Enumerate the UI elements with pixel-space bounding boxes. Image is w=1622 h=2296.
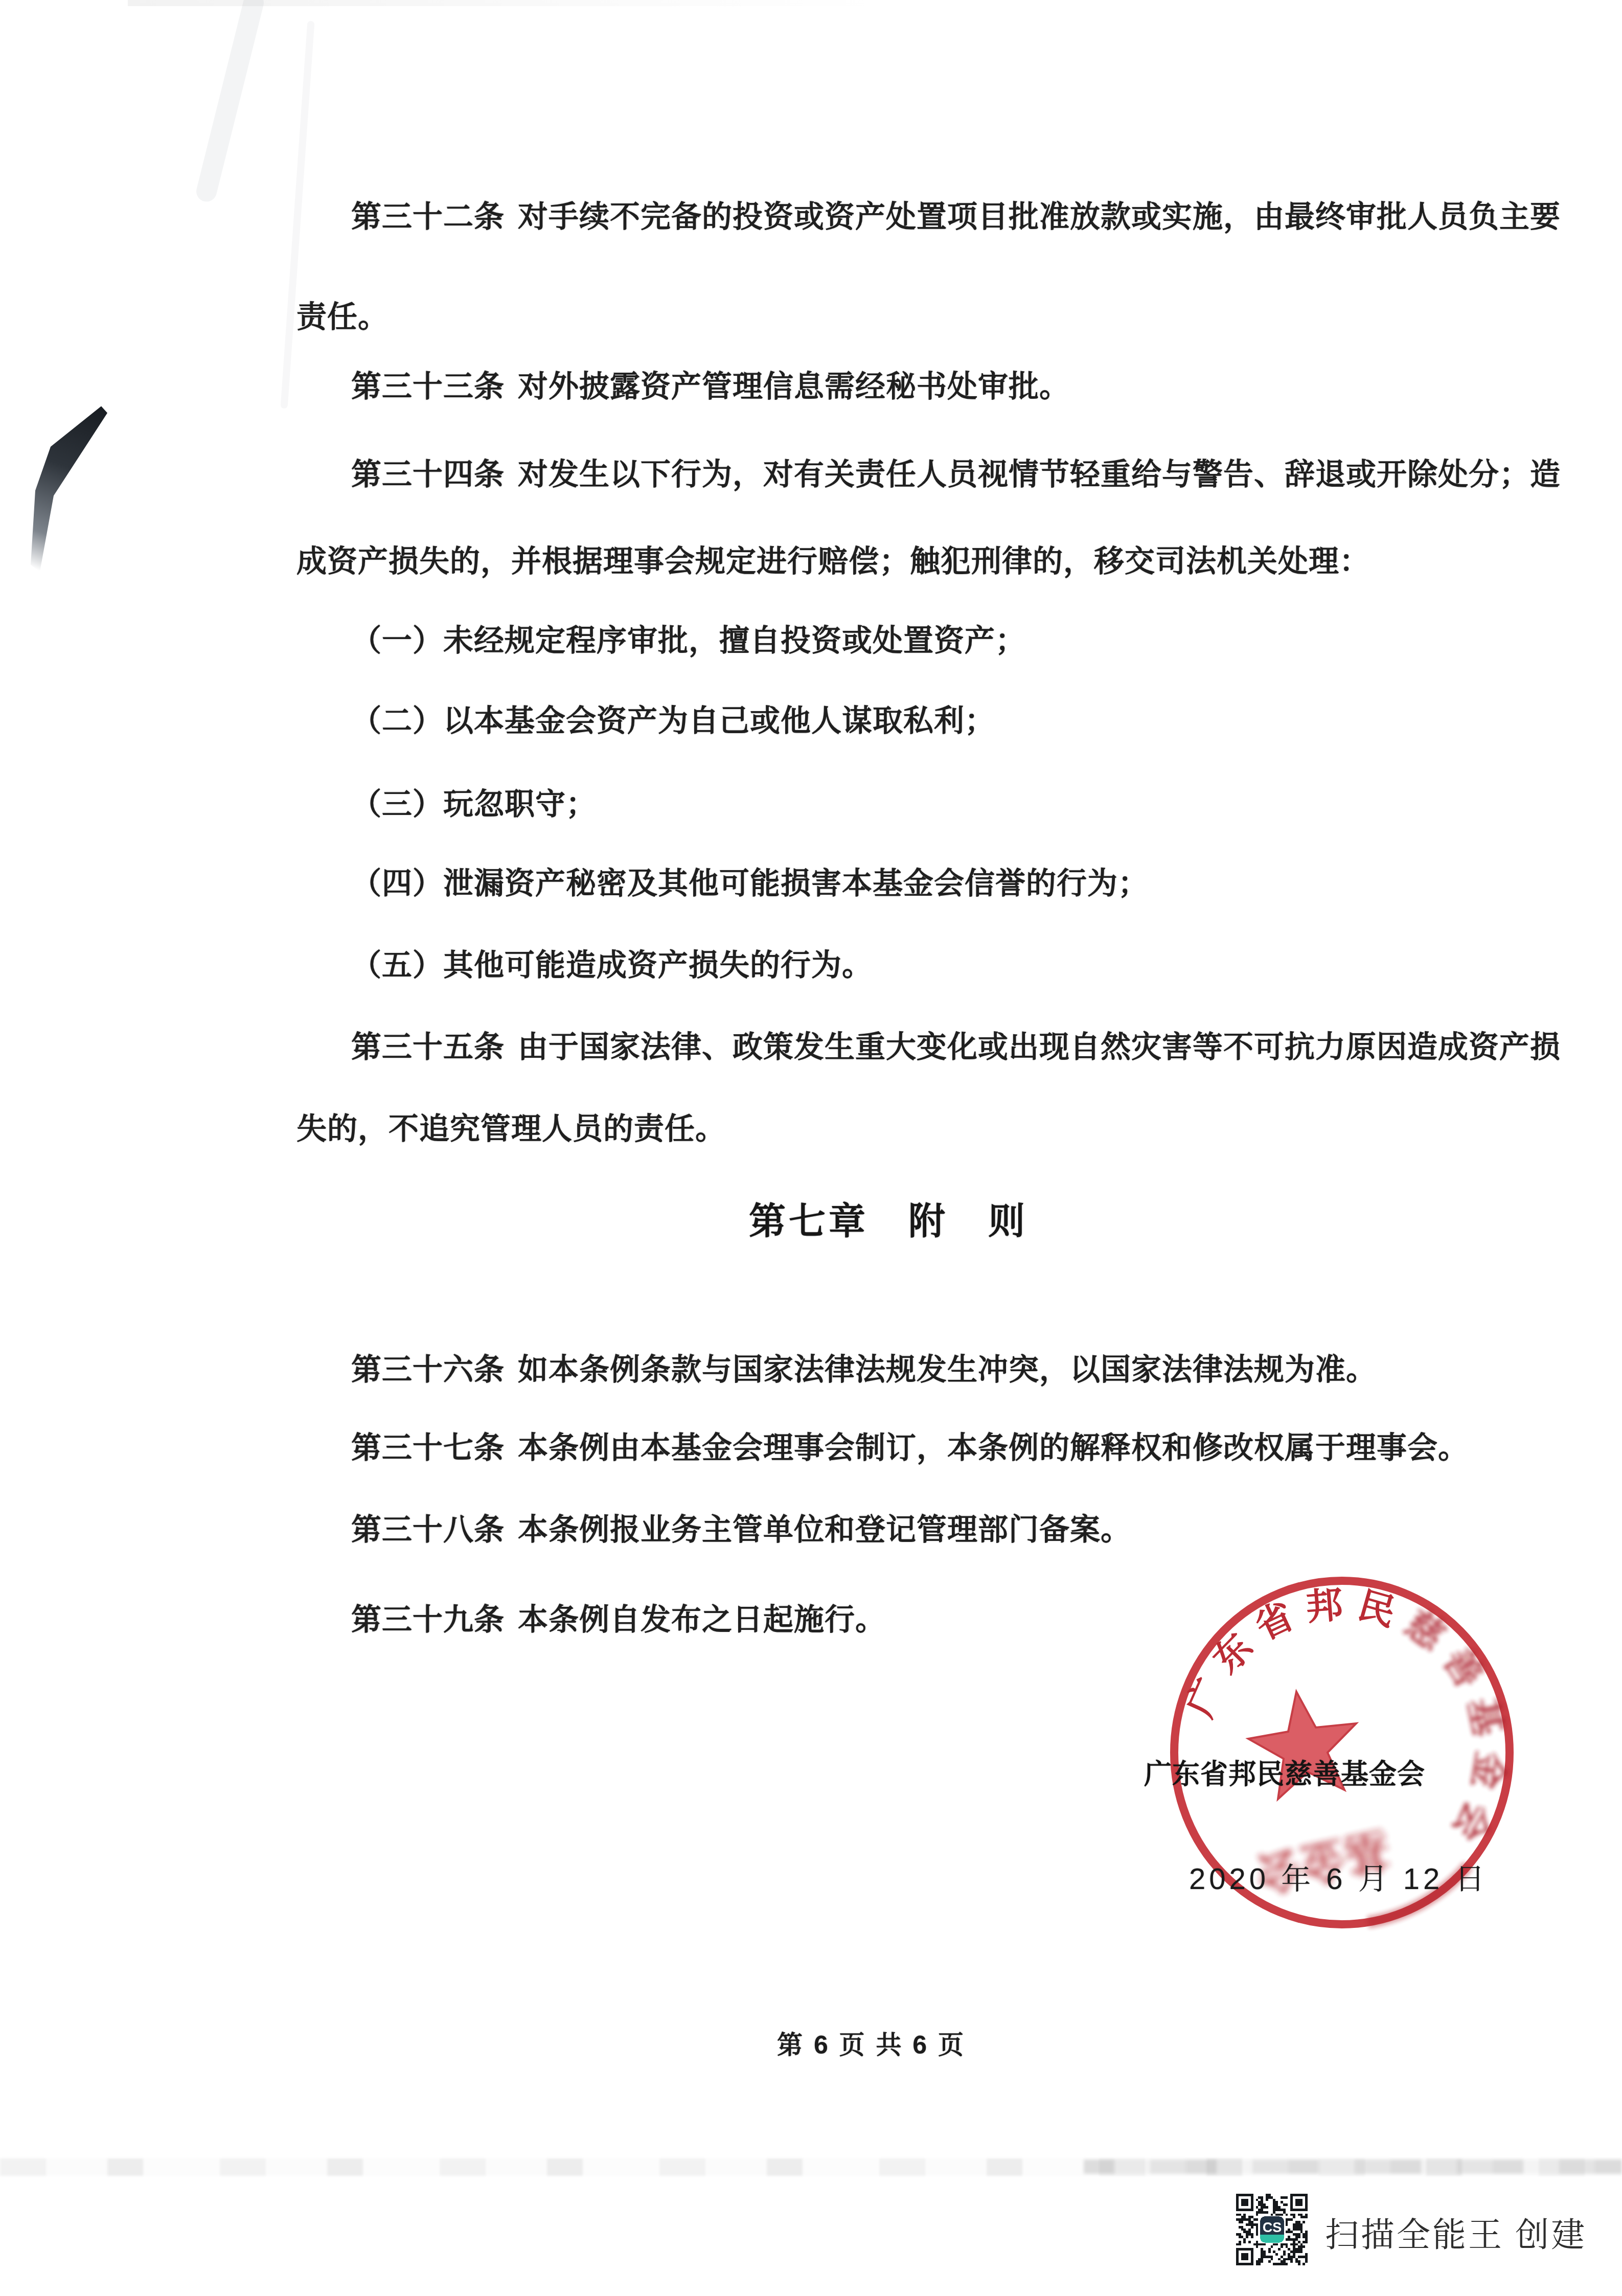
document-line: 责任。	[296, 292, 389, 336]
line-text: 由于国家法律、政策发生重大变化或出现自然灾害等不可抗力原因造成资产损	[518, 1030, 1561, 1064]
article-number: 第三十二条	[351, 200, 505, 234]
scan-artifact-streak	[194, 0, 266, 204]
camscanner-watermark-text: 扫描全能王 创建	[1325, 2208, 1587, 2256]
article-number: 第三十六条	[351, 1353, 505, 1386]
document-line: 成资产损失的，并根据理事会规定进行赔偿；触犯刑律的，移交司法机关处理：	[296, 537, 1370, 580]
document-line: 第三十二条对手续不完备的投资或资产处置项目批准放款或实施，由最终审批人员负主要	[351, 192, 1561, 236]
scan-artifact-corner-wedge	[31, 403, 107, 572]
line-text: 本条例报业务主管单位和登记管理部门备案。	[518, 1513, 1131, 1547]
document-line: 第三十七条本条例由本基金会理事会制订，本条例的解释权和修改权属于理事会。	[351, 1423, 1469, 1467]
article-number: 第三十八条	[351, 1513, 505, 1547]
line-text: 本条例自发布之日起施行。	[518, 1603, 886, 1636]
scan-artifact-noise-band	[0, 2158, 1622, 2176]
line-text: （一）未经规定程序审批，擅自投资或处置资产；	[351, 624, 1026, 657]
document-line: 第三十八条本条例报业务主管单位和登记管理部门备案。	[351, 1505, 1131, 1549]
document-line: （二）以本基金会资产为自己或他人谋取私利；	[351, 696, 995, 740]
scan-artifact-noise-band	[1084, 2159, 1622, 2174]
article-number: 第三十五条	[351, 1030, 505, 1064]
line-text: 责任。	[296, 300, 389, 334]
document-line: （五）其他可能造成资产损失的行为。	[351, 941, 873, 984]
line-text: （三）玩忽职守；	[351, 787, 597, 821]
article-number: 第三十九条	[351, 1603, 505, 1636]
signature-date: 2020 年 6 月 12 日	[1189, 1855, 1488, 1898]
scan-artifact-top-edge	[128, 0, 895, 6]
seal-arc-text-smudged: 慈善基金会	[1398, 1602, 1513, 1858]
scanned-document-page: 广东省邦民 慈善基金会 基金会 第三十二条对手续不完备的投资或资产处置项目批准放…	[0, 0, 1622, 2296]
page-number-footer: 第 6 页 共 6 页	[777, 2025, 966, 2061]
document-line: （三）玩忽职守；	[351, 780, 597, 823]
qr-code: CS	[1236, 2193, 1308, 2266]
document-line: 第三十三条对外披露资产管理信息需经秘书处审批。	[351, 362, 1070, 405]
scan-artifact-streak	[281, 20, 315, 408]
signature-organization: 广东省邦民慈善基金会	[1144, 1753, 1425, 1792]
document-line: 第三十五条由于国家法律、政策发生重大变化或出现自然灾害等不可抗力原因造成资产损	[351, 1022, 1561, 1066]
article-number: 第三十七条	[351, 1431, 505, 1465]
article-number: 第三十三条	[351, 370, 505, 403]
article-number: 第三十四条	[351, 458, 505, 491]
document-line: 第三十九条本条例自发布之日起施行。	[351, 1595, 886, 1639]
line-text: 本条例由本基金会理事会制订，本条例的解释权和修改权属于理事会。	[518, 1431, 1469, 1465]
line-text: （五）其他可能造成资产损失的行为。	[351, 948, 873, 982]
chapter-heading: 第七章 附 则	[749, 1191, 1028, 1244]
line-text: （二）以本基金会资产为自己或他人谋取私利；	[351, 704, 995, 738]
document-line: （一）未经规定程序审批，擅自投资或处置资产；	[351, 616, 1026, 660]
line-text: 对发生以下行为，对有关责任人员视情节轻重给与警告、辞退或开除处分；造	[518, 458, 1561, 491]
line-text: （四）泄漏资产秘密及其他可能损害本基金会信誉的行为；	[351, 867, 1149, 900]
document-line: （四）泄漏资产秘密及其他可能损害本基金会信誉的行为；	[351, 859, 1149, 902]
document-line: 失的，不追究管理人员的责任。	[296, 1104, 726, 1148]
document-line: 第三十四条对发生以下行为，对有关责任人员视情节轻重给与警告、辞退或开除处分；造	[351, 450, 1561, 493]
line-text: 成资产损失的，并根据理事会规定进行赔偿；触犯刑律的，移交司法机关处理：	[296, 544, 1370, 578]
line-text: 对手续不完备的投资或资产处置项目批准放款或实施，由最终审批人员负主要	[518, 200, 1561, 234]
line-text: 对外披露资产管理信息需经秘书处审批。	[518, 370, 1070, 403]
line-text: 失的，不追究管理人员的责任。	[296, 1112, 726, 1146]
camscanner-logo-icon: CS	[1260, 2216, 1284, 2242]
svg-text:CS: CS	[1263, 2220, 1282, 2235]
line-text: 如本条例条款与国家法律法规发生冲突，以国家法律法规为准。	[518, 1353, 1377, 1386]
document-line: 第三十六条如本条例条款与国家法律法规发生冲突，以国家法律法规为准。	[351, 1345, 1377, 1389]
